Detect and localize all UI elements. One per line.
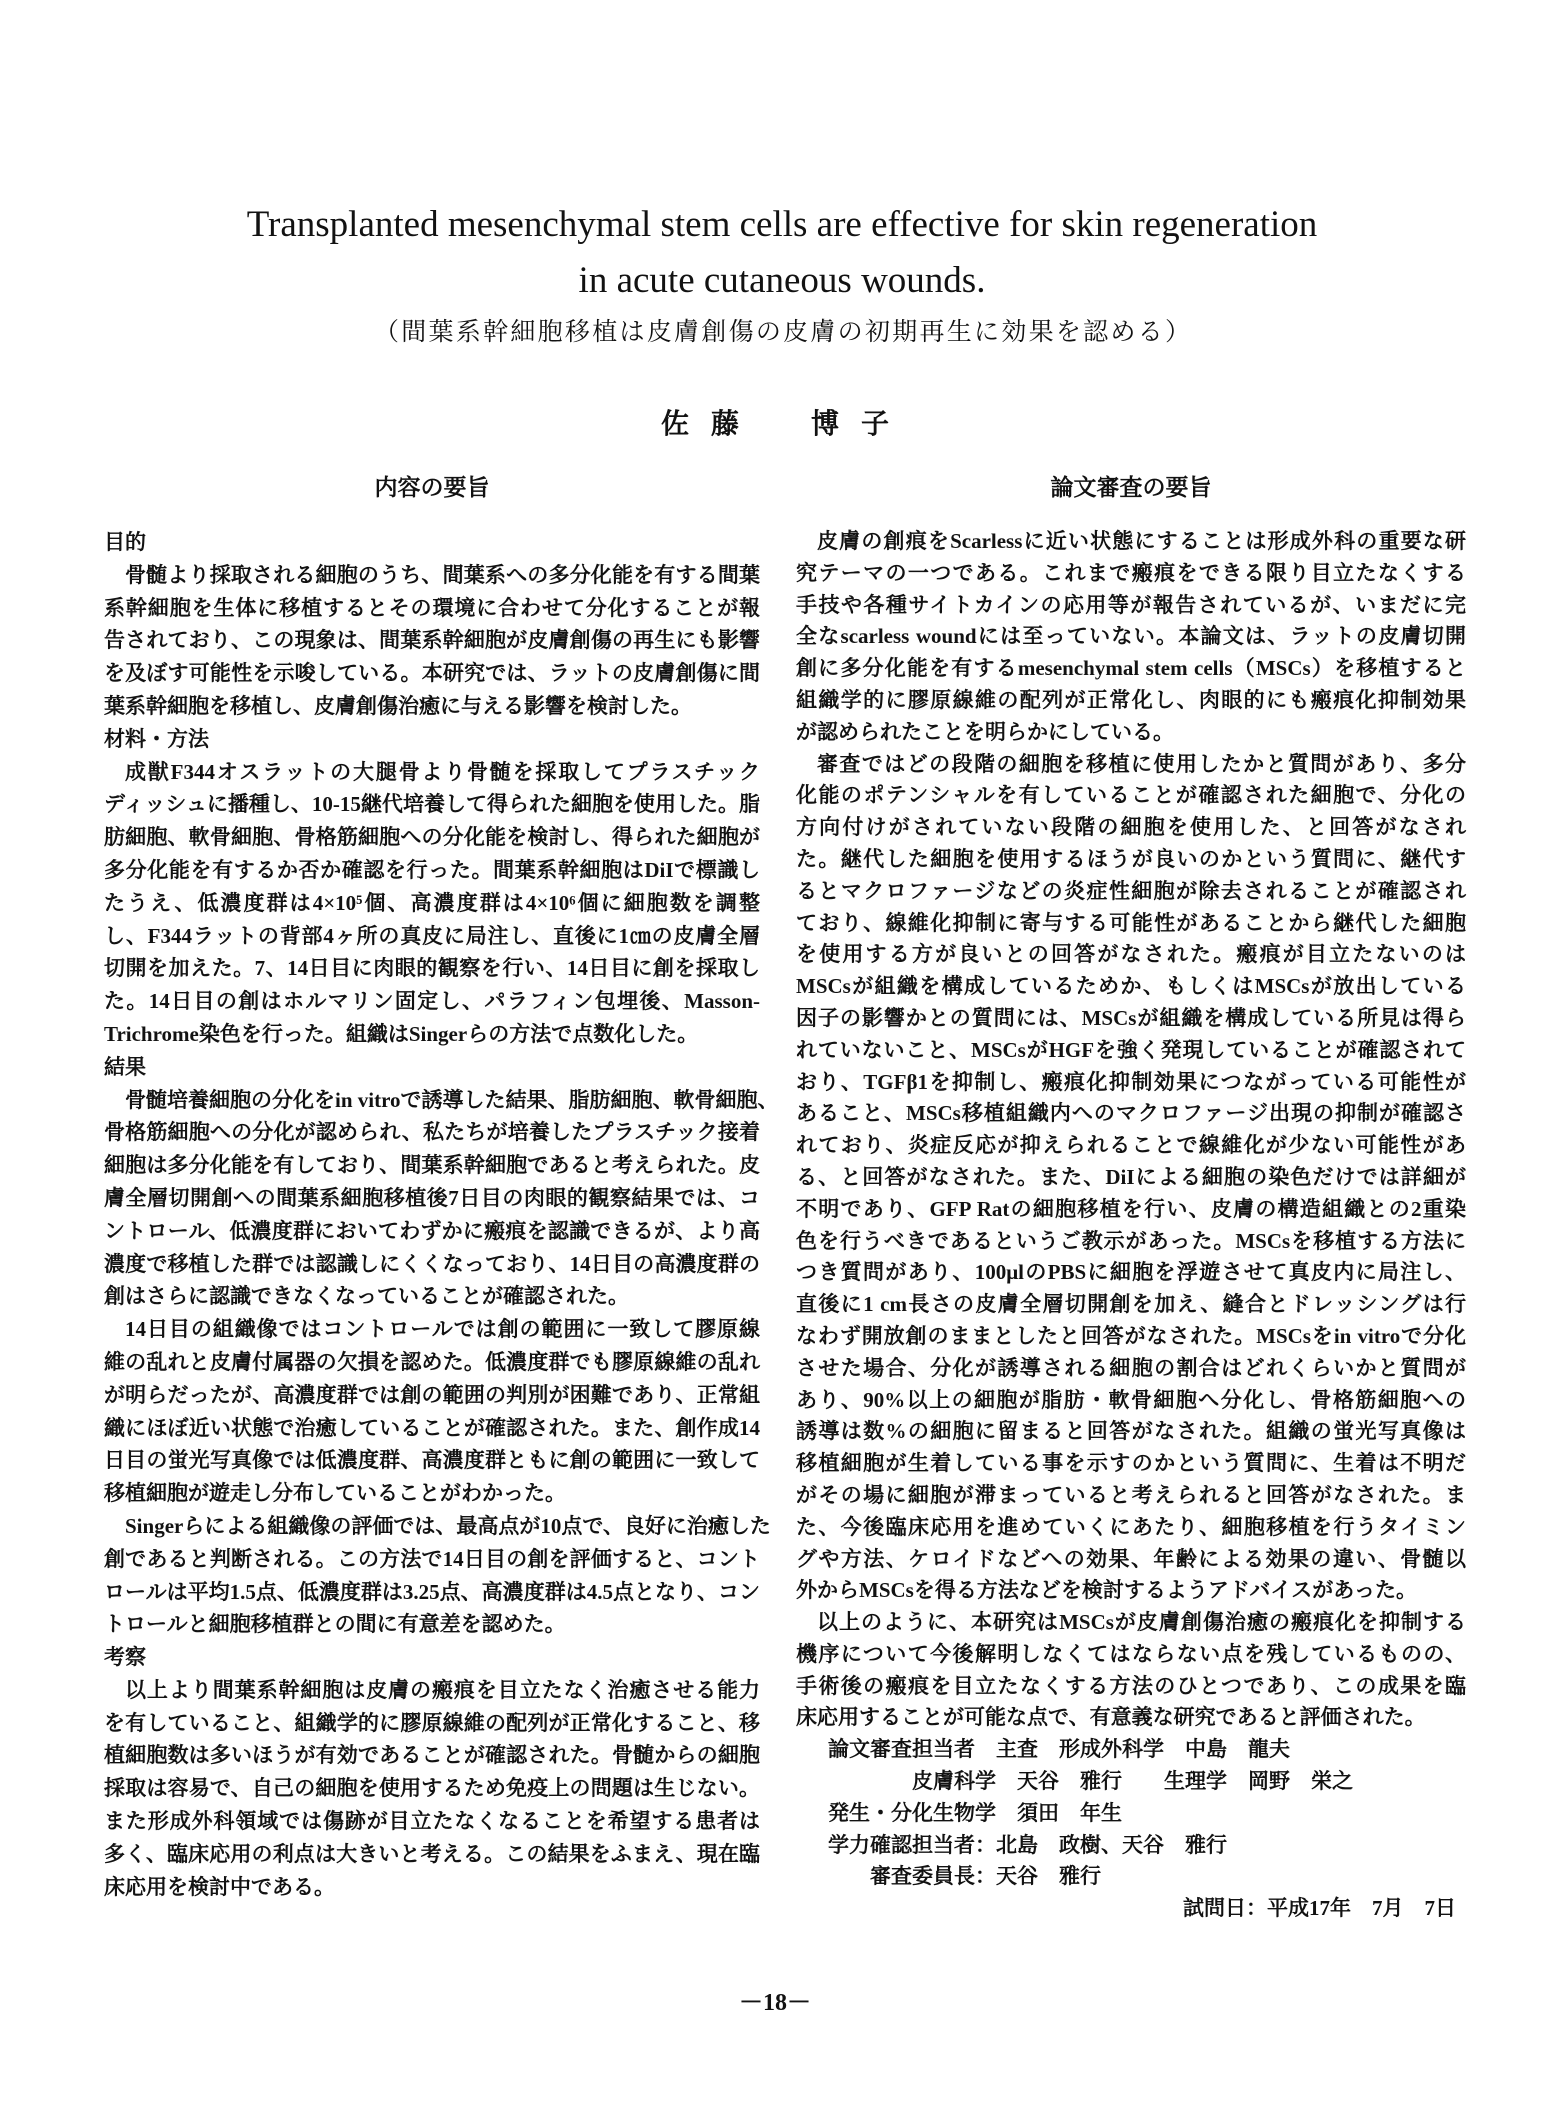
committee-examiners: 皮膚科学 天谷 雅行 生理学 岡野 栄之	[796, 1766, 1466, 1798]
text-line: MSCsが組織を構成しているためか、もしくはMSCsが放出している	[796, 971, 1466, 1003]
text-line: ディッシュに播種し、10-15継代培養して得られた細胞を使用した。脂	[104, 788, 760, 821]
text-line: 創であると判断される。この方法で14日目の創を評価すると、コント	[104, 1543, 760, 1576]
section-title: 目的	[104, 526, 760, 559]
page-number: －18－	[675, 1988, 875, 2018]
text-line: 直後に1 cm長さの皮膚全層切開創を加え、縫合とドレッシングは行	[796, 1289, 1466, 1321]
section-title: 材料・方法	[104, 723, 760, 756]
text-line: 骨髄より採取される細胞のうち、間葉系への多分化能を有する間葉	[104, 559, 760, 592]
text-line: 骨格筋細胞への分化が認められ、私たちが培養したプラスチック接着	[104, 1116, 760, 1149]
text-line: させた場合、分化が誘導される細胞の割合はどれくらいかと質問が	[796, 1353, 1466, 1385]
text-line: ており、線維化抑制に寄与する可能性があることから継代した細胞	[796, 908, 1466, 940]
text-line: が認められたことを明らかにしている。	[796, 717, 1466, 749]
text-line: つき質問があり、100μlのPBSに細胞を浮遊させて真皮内に局注し、	[796, 1257, 1466, 1289]
text-line: おり、TGFβ1を抑制し、瘢痕化抑制効果につながっている可能性が	[796, 1067, 1466, 1099]
text-line: が明らだったが、高濃度群では創の範囲の判別が困難であり、正常組	[104, 1379, 760, 1412]
text-line: 不明であり、GFP Ratの細胞移植を行い、皮膚の構造組織との2重染	[796, 1194, 1466, 1226]
text-line: 系幹細胞を生体に移植するとその環境に合わせて分化することが報	[104, 592, 760, 625]
text-line: を有していること、組織学的に膠原線維の配列が正常化すること、移	[104, 1707, 760, 1740]
review-committee: 論文審査担当者 主査 形成外科学 中島 龍夫 皮膚科学 天谷 雅行 生理学 岡野…	[796, 1734, 1466, 1893]
text-line: るとマクロファージなどの炎症性細胞が除去されることが確認され	[796, 876, 1466, 908]
paragraph: 皮膚の創痕をScarlessに近い状態にすることは形成外科の重要な研 究テーマの…	[796, 526, 1466, 749]
text-line: ントロール、低濃度群においてわずかに瘢痕を認識できるが、より高	[104, 1215, 760, 1248]
text-line: 膚全層切開創への間葉系細胞移植後7日目の肉眼的観察結果では、コ	[104, 1182, 760, 1215]
text-line: 外からMSCsを得る方法などを検討するようアドバイスがあった。	[796, 1575, 1466, 1607]
paragraph: 成獣F344オスラットの大腿骨より骨髄を採取してプラスチック ディッシュに播種し…	[104, 756, 760, 1051]
text-line: た。継代した細胞を使用するほうが良いのかという質問に、継代す	[796, 844, 1466, 876]
section-purpose: 目的 骨髄より採取される細胞のうち、間葉系への多分化能を有する間葉 系幹細胞を生…	[104, 526, 760, 723]
text-line: 組織学的に膠原線維の配列が正常化し、肉眼的にも瘢痕化抑制効果	[796, 685, 1466, 717]
text-line: た。14日目の創はホルマリン固定し、パラフィン包埋後、Masson-	[104, 985, 760, 1018]
text-line: たうえ、低濃度群は4×10⁵個、高濃度群は4×10⁶個に細胞数を調整	[104, 887, 760, 920]
text-line: 植細胞数は多いほうが有効であることが確認された。骨髄からの細胞	[104, 1739, 760, 1772]
text-line: 多く、臨床応用の利点は大きいと考える。この結果をふまえ、現在臨	[104, 1838, 760, 1871]
text-line: 日目の蛍光写真像では低濃度群、高濃度群ともに創の範囲に一致して	[104, 1444, 760, 1477]
paragraph: 骨髄培養細胞の分化をin vitroで誘導した結果、脂肪細胞、軟骨細胞、 骨格筋…	[104, 1084, 760, 1314]
section-title: 結果	[104, 1051, 760, 1084]
text-line: を及ぼす可能性を示唆している。本研究では、ラットの皮膚創傷に間	[104, 657, 760, 690]
text-line: トロールと細胞移植群との間に有意差を認めた。	[104, 1608, 760, 1641]
text-line: なわず開放創のままとしたと回答がなされた。MSCsをin vitroで分化	[796, 1321, 1466, 1353]
text-line: 採取は容易で、自己の細胞を使用するため免疫上の問題は生じない。	[104, 1772, 760, 1805]
section-materials-methods: 材料・方法 成獣F344オスラットの大腿骨より骨髄を採取してプラスチック ディッ…	[104, 723, 760, 1051]
paper-title-japanese: （間葉系幹細胞移植は皮膚創傷の皮膚の初期再生に効果を認める）	[374, 315, 1190, 349]
paragraph: 審査ではどの段階の細胞を移植に使用したかと質問があり、多分 化能のポテンシャルを…	[796, 749, 1466, 1608]
text-line: あること、MSCs移植組織内へのマクロファージ出現の抑制が確認さ	[796, 1098, 1466, 1130]
text-line: 14日目の組織像ではコントロールでは創の範囲に一致して膠原線	[104, 1313, 760, 1346]
text-line: 化能のポテンシャルを有していることが確認された細胞で、分化の	[796, 780, 1466, 812]
text-line: 細胞は多分化能を有しており、間葉系幹細胞であると考えられた。皮	[104, 1149, 760, 1182]
text-line: 究テーマの一つである。これまで瘢痕をできる限り目立たなくする	[796, 558, 1466, 590]
text-line: 方向付けがされていない段階の細胞を使用した、と回答がなされ	[796, 812, 1466, 844]
text-line: る、と回答がなされた。また、DiIによる細胞の染色だけでは詳細が	[796, 1162, 1466, 1194]
summary-column: 目的 骨髄より採取される細胞のうち、間葉系への多分化能を有する間葉 系幹細胞を生…	[104, 526, 760, 1903]
text-line: 葉系幹細胞を移植し、皮膚創傷治癒に与える影響を検討した。	[104, 690, 760, 723]
text-line: 皮膚の創痕をScarlessに近い状態にすることは形成外科の重要な研	[796, 526, 1466, 558]
text-line: を使用する方が良いとの回答がなされた。瘢痕が目立たないのは	[796, 939, 1466, 971]
committee-chief-examiner: 論文審査担当者 主査 形成外科学 中島 龍夫	[796, 1734, 1466, 1766]
paragraph: 以上より間葉系幹細胞は皮膚の瘢痕を目立たなく治癒させる能力 を有していること、組…	[104, 1674, 760, 1904]
text-line: 以上より間葉系幹細胞は皮膚の瘢痕を目立たなく治癒させる能力	[104, 1674, 760, 1707]
text-line: 切開を加えた。7、14日目に肉眼的観察を行い、14日目に創を採取し	[104, 952, 760, 985]
text-line: 誘導は数%の細胞に留まると回答がなされた。組織の蛍光写真像は	[796, 1416, 1466, 1448]
text-line: 織にほぼ近い状態で治癒していることが確認された。また、創作成14	[104, 1412, 760, 1445]
text-line: 肪細胞、軟骨細胞、骨格筋細胞への分化能を検討し、得られた細胞が	[104, 821, 760, 854]
text-line: 機序について今後解明しなくてはならない点を残しているものの、	[796, 1639, 1466, 1671]
committee-chair: 審査委員長：天谷 雅行	[796, 1861, 1466, 1893]
committee-ability-confirmation: 学力確認担当者：北島 政樹、天谷 雅行	[796, 1830, 1466, 1862]
paragraph: 骨髄より採取される細胞のうち、間葉系への多分化能を有する間葉 系幹細胞を生体に移…	[104, 559, 760, 723]
text-line: 成獣F344オスラットの大腿骨より骨髄を採取してプラスチック	[104, 756, 760, 789]
text-line: 移植細胞が生着している事を示すのかという質問に、生着は不明だ	[796, 1448, 1466, 1480]
text-line: 以上のように、本研究はMSCsが皮膚創傷治癒の瘢痕化を抑制する	[796, 1607, 1466, 1639]
author-name: 佐藤 博子	[661, 406, 911, 442]
text-line: 創はさらに認識できなくなっていることが確認された。	[104, 1280, 760, 1313]
text-line: また形成外科領域では傷跡が目立たなくなることを希望する患者は	[104, 1805, 760, 1838]
paragraph: Singerらによる組織像の評価では、最高点が10点で、良好に治癒した 創である…	[104, 1510, 760, 1641]
text-line: グや方法、ケロイドなどへの効果、年齢による効果の違い、骨髄以	[796, 1544, 1466, 1576]
committee-examiner: 発生・分化生物学 須田 年生	[796, 1798, 1466, 1830]
text-line: 骨髄培養細胞の分化をin vitroで誘導した結果、脂肪細胞、軟骨細胞、	[104, 1084, 760, 1117]
text-line: 創に多分化能を有するmesenchymal stem cells（MSCs）を移…	[796, 653, 1466, 685]
text-line: 審査ではどの段階の細胞を移植に使用したかと質問があり、多分	[796, 749, 1466, 781]
review-column: 皮膚の創痕をScarlessに近い状態にすることは形成外科の重要な研 究テーマの…	[796, 526, 1466, 1925]
text-line: 維の乱れと皮膚付属器の欠損を認めた。低濃度群でも膠原線維の乱れ	[104, 1346, 760, 1379]
section-title: 考察	[104, 1641, 760, 1674]
text-line: 色を行うべきであるというご教示があった。MSCsを移植する方法に	[796, 1226, 1466, 1258]
paragraph: 以上のように、本研究はMSCsが皮膚創傷治癒の瘢痕化を抑制する 機序について今後…	[796, 1607, 1466, 1734]
section-results: 結果 骨髄培養細胞の分化をin vitroで誘導した結果、脂肪細胞、軟骨細胞、 …	[104, 1051, 760, 1641]
text-line: 全なscarless woundには至っていない。本論文は、ラットの皮膚切開	[796, 621, 1466, 653]
document-page: Transplanted mesenchymal stem cells are …	[0, 0, 1544, 2112]
text-line: れており、炎症反応が抑えられることで線維化が少ない可能性があ	[796, 1130, 1466, 1162]
text-line: がその場に細胞が滞まっていると考えられると回答がなされた。ま	[796, 1480, 1466, 1512]
exam-date: 試問日：平成17年 7月 7日	[796, 1893, 1466, 1925]
text-line: 手術後の瘢痕を目立たなくする方法のひとつであり、この成果を臨	[796, 1671, 1466, 1703]
paragraph: 14日目の組織像ではコントロールでは創の範囲に一致して膠原線 維の乱れと皮膚付属…	[104, 1313, 760, 1510]
text-line: 床応用することが可能な点で、有意義な研究であると評価された。	[796, 1702, 1466, 1734]
paper-title-line-1: Transplanted mesenchymal stem cells are …	[82, 203, 1482, 247]
text-line: Singerらによる組織像の評価では、最高点が10点で、良好に治癒した	[104, 1510, 760, 1543]
text-line: し、F344ラットの背部4ヶ所の真皮に局注し、直後に1㎝の皮膚全層	[104, 920, 760, 953]
text-line: Trichrome染色を行った。組織はSingerらの方法で点数化した。	[104, 1018, 760, 1051]
review-heading: 論文審査の要旨	[796, 473, 1466, 503]
text-line: た、今後臨床応用を進めていくにあたり、細胞移植を行うタイミン	[796, 1512, 1466, 1544]
text-line: 手技や各種サイトカインの応用等が報告されているが、いまだに完	[796, 590, 1466, 622]
text-line: 因子の影響かとの質問には、MSCsが組織を構成している所見は得ら	[796, 1003, 1466, 1035]
summary-heading: 内容の要旨	[104, 473, 760, 503]
text-line: あり、90%以上の細胞が脂肪・軟骨細胞へ分化し、骨格筋細胞への	[796, 1385, 1466, 1417]
text-line: ロールは平均1.5点、低濃度群は3.25点、高濃度群は4.5点となり、コン	[104, 1576, 760, 1609]
section-discussion: 考察 以上より間葉系幹細胞は皮膚の瘢痕を目立たなく治癒させる能力 を有しているこ…	[104, 1641, 760, 1903]
text-line: 移植細胞が遊走し分布していることがわかった。	[104, 1477, 760, 1510]
text-line: 告されており、この現象は、間葉系幹細胞が皮膚創傷の再生にも影響	[104, 624, 760, 657]
text-line: れていないこと、MSCsがHGFを強く発現していることが確認されて	[796, 1035, 1466, 1067]
text-line: 床応用を検討中である。	[104, 1871, 760, 1904]
paper-title-line-2: in acute cutaneous wounds.	[82, 259, 1482, 303]
text-line: 多分化能を有するか否か確認を行った。間葉系幹細胞はDiIで標識し	[104, 854, 760, 887]
text-line: 濃度で移植した群では認識しにくくなっており、14日目の高濃度群の	[104, 1248, 760, 1281]
